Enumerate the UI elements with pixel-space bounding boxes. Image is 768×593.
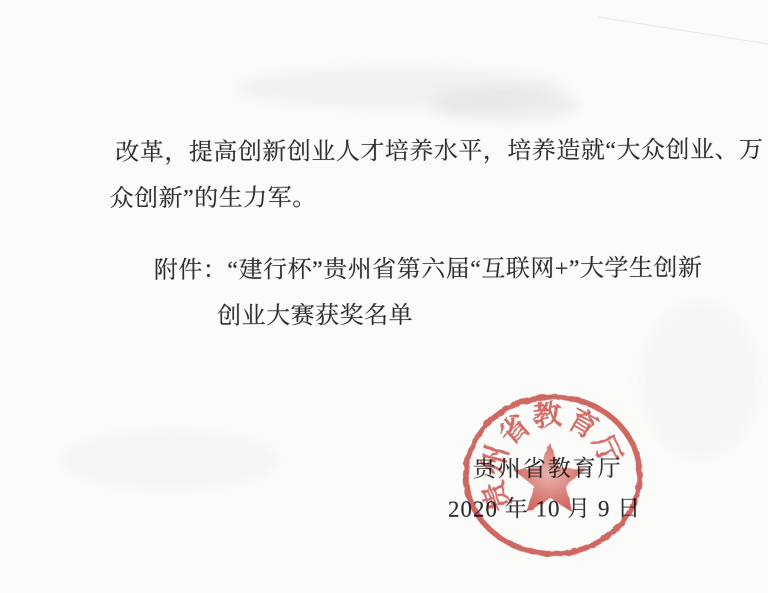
attachment-line-2: 创业大赛获奖名单 (217, 295, 413, 331)
body-text-line-2: 众创新”的生力军。 (109, 177, 316, 213)
seal-arc-char: 育 (562, 401, 604, 445)
attachment-line-1: 附件：“建行杯”贵州省第六届“互联网+”大学生创新 (154, 248, 703, 285)
signature-organization: 贵州省教育厅 (473, 450, 623, 484)
body-text-line-1: 改革，提高创新创业人才培养水平，培养造就“大众创业、万 (115, 129, 763, 167)
seal-arc-char: 教 (531, 398, 564, 434)
document-content: 改革，提高创新创业人才培养水平，培养造就“大众创业、万 众创新”的生力军。 附件… (0, 0, 768, 593)
seal-arc-char: 省 (493, 408, 536, 452)
document-date: 2020 年 10 月 9 日 (448, 490, 641, 524)
scanned-document-page: 改革，提高创新创业人才培养水平，培养造就“大众创业、万 众创新”的生力军。 附件… (0, 0, 768, 593)
